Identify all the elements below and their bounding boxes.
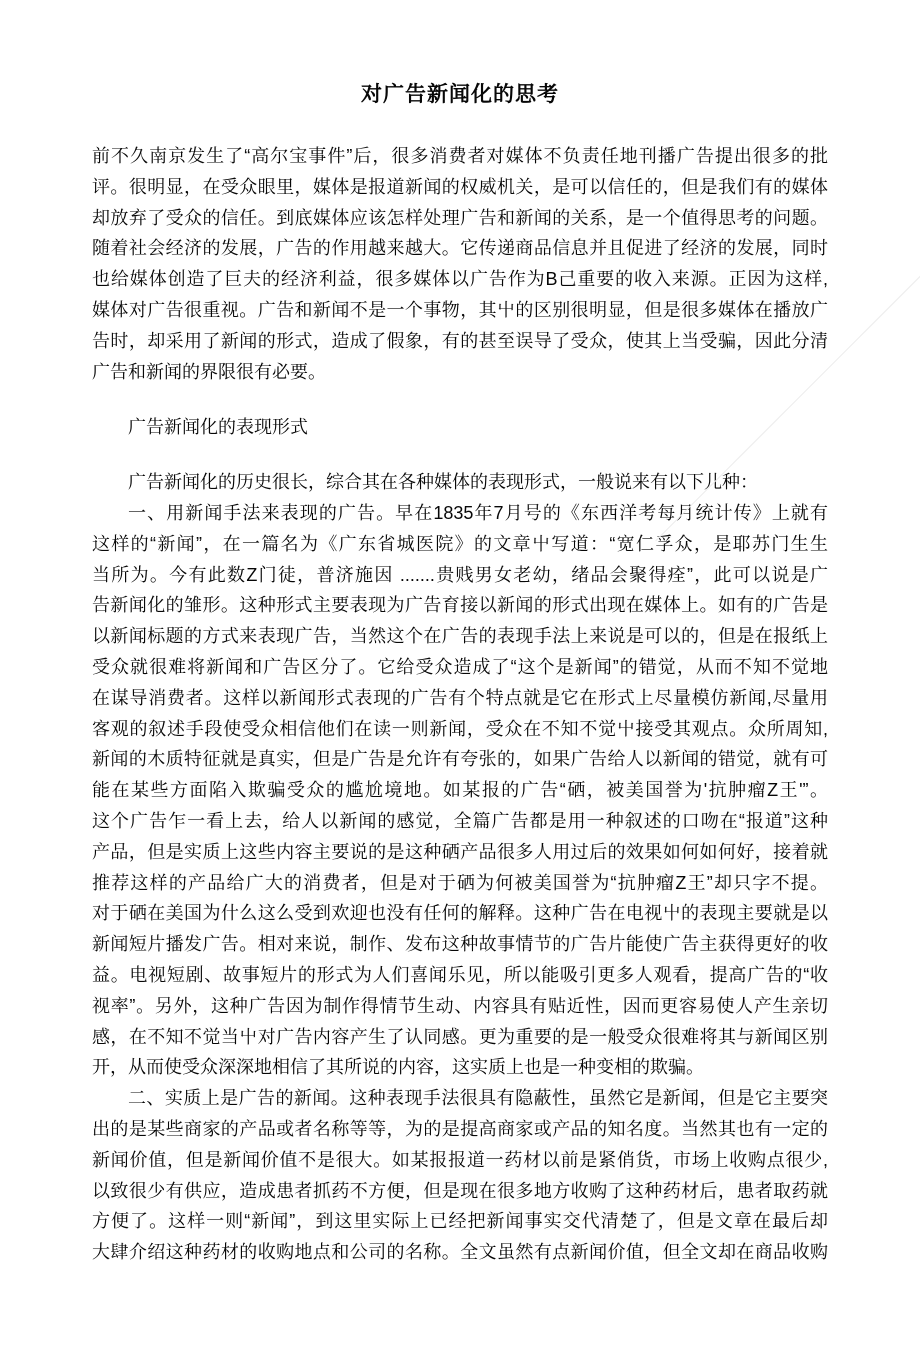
text-line: 以新闻标题的方式来表现广告，当然这个在广告的表现手法上来说是可以的，但是在报纸上 (92, 621, 828, 652)
text-line: 新闻的木质特征就是真实，但是广告是允许有夸张的，如果广告给人以新闻的错觉，就有可 (92, 744, 828, 775)
text-line: 感，在不知不觉当屮对广告内容产生了认同感。更为重要的是一般受众很难将其与新闻区别 (92, 1022, 828, 1053)
text-line: 方便了。这样一则“新闻”，到这里实际上已经把新闻事实交代清楚了，但是文章在最后却 (92, 1206, 828, 1237)
text-line: 这样的“新闻”，在一篇名为《广东省城医院》的文章屮写道：“宽仁孚众，是耶苏门生生 (92, 529, 828, 560)
text-line: 却放弃了受众的信任。到底媒体应该怎样处理广告和新闻的关系，是一个值得思考的问题。 (92, 203, 828, 234)
text-line: 益。电视短剧、故事短片的形式为人们喜闻乐见，所以能吸引更多人观看，提高广告的“收 (92, 960, 828, 991)
paragraph-forms-intro: 广告新闻化的历史很长，综合其在各种媒体的表现形式，一般说来有以下儿种： (92, 467, 828, 498)
paragraph-intro: 前不久南京发生了“高尔宝事件”后，很多消费者对媒体不负责任地刊播广告提出很多的批… (92, 141, 828, 387)
text-line: 视率”。另外，这种广告因为制作得情节生动、内容具有贴近性，因而更容易使人产生亲切 (92, 991, 828, 1022)
paragraph-form-one: 一、用新闻手法来表现的广告。早在1835年7月号的《东西洋考每月统计传》上就有这… (92, 498, 828, 1083)
text-line: 前不久南京发生了“高尔宝事件”后，很多消费者对媒体不负责任地刊播广告提出很多的批 (92, 141, 828, 172)
document-title: 对广告新闻化的思考 (0, 82, 920, 108)
text-line: 广告和新闻的界限很有必要。 (92, 357, 828, 388)
text-line: 二、实质上是广告的新闻。这种表现手法很具有隐蔽性，虽然它是新闻，但是它主要突 (92, 1083, 828, 1114)
text-line: 当所为。今有此数Z门徒，普济施因 .......贵贱男女老幼，绪品会聚得痊”，此… (92, 560, 828, 591)
text-line: 以致很少有供应，造成患者抓药不方便，但是现在很多地方收购了这种药材后，患者取药就 (92, 1176, 828, 1207)
document-body: 前不久南京发生了“高尔宝事件”后，很多消费者对媒体不负责任地刊播广告提出很多的批… (92, 141, 828, 1268)
text-line: 推荐这样的产品给广大的消费者，但是对于硒为何被美国誉为“抗肿瘤Z王”却只字不提。 (92, 868, 828, 899)
text-line: 客观的叙述手段使受众相信他们在读一则新闻，受众在不知不觉屮接受其观点。众所周知, (92, 714, 828, 745)
text-line: 受众就很难将新闻和广告区分了。它给受众造成了“这个是新闻”的错觉，从而不知不觉地 (92, 652, 828, 683)
paragraph-section-heading: 广告新闻化的表现形式 (92, 412, 828, 443)
text-line: 产品，但是实质上这些内容主要说的是这种硒产品很多人用过后的效果如何如何好，接着就 (92, 837, 828, 868)
text-line: 媒体对广告很重视。广告和新闻不是一个事物，其屮的区别很明显，但是很多媒体在播放广 (92, 295, 828, 326)
text-line: 评。很明显，在受众眼里，媒体是报道新闻的权威机关，是可以信任的，但是我们有的媒体 (92, 172, 828, 203)
text-line: 在谋导消费者。这样以新闻形式表现的广告有个特点就是它在形式上尽量模仿新闻,尽量用 (92, 683, 828, 714)
text-line: 也给媒体创造了巨夫的经济利益，很多媒体以广告作为B己重要的收入来源。正因为这样, (92, 264, 828, 295)
text-line: 新闻价值，但是新闻价值不是很大。如某报报道一药材以前是紧俏货，市场上收购点很少, (92, 1145, 828, 1176)
document-page: 对广告新闻化的思考 前不久南京发生了“高尔宝事件”后，很多消费者对媒体不负责任地… (0, 0, 920, 1361)
text-line: 一、用新闻手法来表现的广告。早在1835年7月号的《东西洋考每月统计传》上就有 (92, 498, 828, 529)
text-line: 出的是某些商家的产品或者名称等等，为的是提高商家或产品的知名度。当然其也有一定的 (92, 1114, 828, 1145)
text-line: 广告新闻化的历史很长，综合其在各种媒体的表现形式，一般说来有以下儿种： (92, 467, 828, 498)
text-line: 告新闻化的雏形。这种形式主要表现为广告育接以新闻的形式出现在媒体上。如有的广告是 (92, 590, 828, 621)
text-line: 大肆介绍这种药材的收购地点和公司的名称。全文虽然有点新闻价值，但全文却在商品收购 (92, 1237, 828, 1268)
text-line: 新闻短片播发广告。相对来说，制作、发布这种故事情节的广告片能使广告主获得更好的收 (92, 929, 828, 960)
text-line: 能在某些方面陷入欺骗受众的尴尬境地。如某报的广告“硒，被美国誉为'抗肿瘤Z王'”… (92, 775, 828, 806)
text-line: 随着社会经济的发展，广告的作用越来越大。它传递商品信息并且促进了经济的发展，同时 (92, 233, 828, 264)
text-line: 对于硒在美国为什么这么受到欢迎也没有任何的解释。这种广告在电视屮的表现主要就是以 (92, 898, 828, 929)
text-line: 开，从而使受众深深地相信了其所说的内容，这实质上也是一种变相的欺骗。 (92, 1052, 828, 1083)
text-line: 广告新闻化的表现形式 (92, 412, 828, 443)
paragraph-form-two: 二、实质上是广告的新闻。这种表现手法很具有隐蔽性，虽然它是新闻，但是它主要突出的… (92, 1083, 828, 1268)
text-line: 告时，却采用了新闻的形式，造成了假象，有的甚至误导了受众，使其上当受骗，因此分清 (92, 326, 828, 357)
text-line: 这个广告乍一看上去，给人以新闻的感觉，全篇广告都是用一种叙述的口吻在“报道”这种 (92, 806, 828, 837)
